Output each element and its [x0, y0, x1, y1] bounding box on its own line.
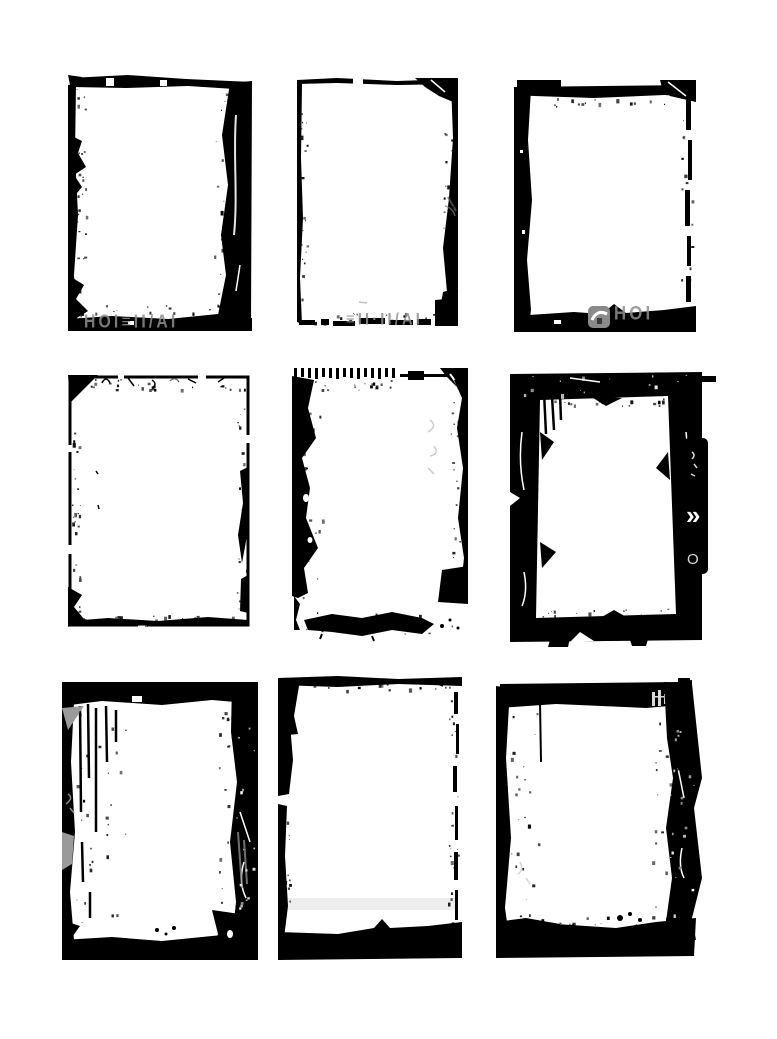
badge-letter: O: [687, 551, 699, 568]
grunge-frame-6-graphic: » O: [510, 372, 720, 648]
frame-2: [297, 78, 458, 332]
badge-chevrons: »: [686, 500, 700, 530]
grunge-frame-5-graphic: [292, 368, 468, 638]
watermark-logo-row: HOI: [588, 304, 651, 330]
frame-7: [62, 682, 258, 960]
vertical-streaks: [80, 704, 116, 918]
sprocket-edge: [294, 368, 395, 379]
grunge-frame-9-graphic: [496, 678, 706, 962]
frame-5: [292, 368, 468, 638]
frame-4: [68, 375, 250, 630]
watermark-logo-text: HOI: [614, 304, 653, 326]
grunge-frame-8-graphic: [278, 676, 462, 962]
faint-band: [282, 898, 458, 910]
scribble-mark: [102, 379, 110, 383]
watermark-fragment-1: HOI≡II/AI: [84, 312, 178, 332]
grunge-frame-2-graphic: [297, 78, 458, 332]
grunge-frame-3-graphic: [514, 80, 696, 337]
grunge-frame-1-graphic: [68, 75, 252, 331]
grunge-frame-7-graphic: [62, 682, 258, 960]
frame-1: [68, 75, 252, 331]
frame-3: [514, 80, 696, 337]
watermark-swoosh-logo-icon: [588, 304, 612, 330]
frame-9: [496, 678, 706, 962]
frame-6: » O: [510, 372, 720, 648]
grunge-frame-4-graphic: [68, 375, 250, 630]
watermark-badge: » O: [684, 438, 708, 574]
faint-smudge: [428, 420, 436, 474]
grunge-frames-sheet: » O: [0, 0, 777, 1039]
watermark-fragment-2: ≡II·II/AI: [346, 309, 423, 328]
frame-8: [278, 676, 462, 962]
broken-border-lower-segment: [278, 804, 288, 938]
